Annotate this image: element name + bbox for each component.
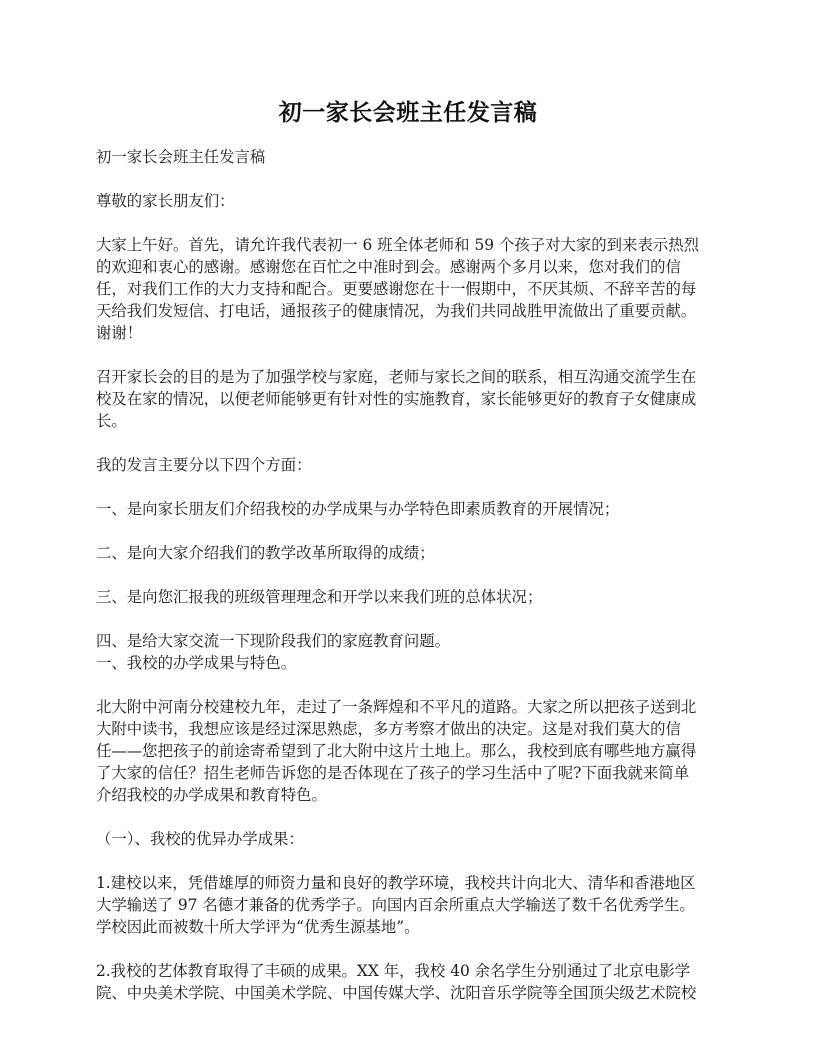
text-line: 了大家的信任？招生老师告诉您的是否体现在了孩子的学习生活中了呢?下面我就来简单 [96,762,736,784]
text-line: （一）、我校的优异办学成果： [96,828,736,850]
text-line: 1.建校以来，凭借雄厚的师资力量和良好的教学环境，我校共计向北大、清华和香港地区 [96,872,736,894]
text-line: 三、是向您汇报我的班级管理理念和开学以来我们班的总体状况； [96,586,736,608]
text-line: 我的发言主要分以下四个方面： [96,454,736,476]
document-title: 初一家长会班主任发言稿 [0,97,816,129]
paragraph-greeting: 大家上午好。首先，请允许我代表初一 6 班全体老师和 59 个孩子对大家的到来表… [96,234,736,344]
text-line: 大家上午好。首先，请允许我代表初一 6 班全体老师和 59 个孩子对大家的到来表… [96,234,736,256]
text-line: 北大附中河南分校建校九年，走过了一条辉煌和不平凡的道路。大家之所以把孩子送到北 [96,696,736,718]
text-line: 任——您把孩子的前途寄希望到了北大附中这片土地上。那么，我校到底有哪些地方赢得 [96,740,736,762]
text-line: 初一家长会班主任发言稿 [96,146,736,168]
text-line: 长。 [96,410,736,432]
paragraph-outline-4: 四、是给大家交流一下现阶段我们的家庭教育问题。 一、我校的办学成果与特色。 [96,630,736,674]
paragraph-salutation: 尊敬的家长朋友们： [96,190,736,212]
text-line: 大学输送了 97 名德才兼备的优秀学子。向国内百余所重点大学输送了数千名优秀学生… [96,894,736,916]
document-body: 初一家长会班主任发言稿 尊敬的家长朋友们： 大家上午好。首先，请允许我代表初一 … [96,146,736,1004]
text-line: 尊敬的家长朋友们： [96,190,736,212]
paragraph-achievement-1: 1.建校以来，凭借雄厚的师资力量和良好的教学环境，我校共计向北大、清华和香港地区… [96,872,736,938]
text-line: 大附中读书，我想应该是经过深思熟虑，多方考察才做出的决定。这是对我们莫大的信 [96,718,736,740]
text-line: 院、中央美术学院、中国美术学院、中国传媒大学、沈阳音乐学院等全国顶尖级艺术院校 [96,982,736,1004]
paragraph-achievement-2: 2.我校的艺体教育取得了丰硕的成果。XX 年，我校 40 余名学生分别通过了北京… [96,960,736,1004]
paragraph-subtitle: 初一家长会班主任发言稿 [96,146,736,168]
text-line: 召开家长会的目的是为了加强学校与家庭，老师与家长之间的联系，相互沟通交流学生在 [96,366,736,388]
paragraph-outline-1: 一、是向家长朋友们介绍我校的办学成果与办学特色即素质教育的开展情况； [96,498,736,520]
paragraph-outline-intro: 我的发言主要分以下四个方面： [96,454,736,476]
text-line: 的欢迎和衷心的感谢。感谢您在百忙之中准时到会。感谢两个多月以来，您对我们的信 [96,256,736,278]
text-line: 校及在家的情况，以便老师能够更有针对性的实施教育，家长能够更好的教育子女健康成 [96,388,736,410]
text-line: 二、是向大家介绍我们的教学改革所取得的成绩； [96,542,736,564]
section-heading: 一、我校的办学成果与特色。 [96,652,736,674]
text-line: 谢谢！ [96,322,736,344]
text-line: 一、是向家长朋友们介绍我校的办学成果与办学特色即素质教育的开展情况； [96,498,736,520]
paragraph-outline-2: 二、是向大家介绍我们的教学改革所取得的成绩； [96,542,736,564]
paragraph-purpose: 召开家长会的目的是为了加强学校与家庭，老师与家长之间的联系，相互沟通交流学生在 … [96,366,736,432]
paragraph-outline-3: 三、是向您汇报我的班级管理理念和开学以来我们班的总体状况； [96,586,736,608]
text-line: 2.我校的艺体教育取得了丰硕的成果。XX 年，我校 40 余名学生分别通过了北京… [96,960,736,982]
text-line: 任，对我们工作的大力支持和配合。更要感谢您在十一假期中，不厌其烦、不辞辛苦的每 [96,278,736,300]
text-line: 天给我们发短信、打电话，通报孩子的健康情况，为我们共同战胜甲流做出了重要贡献。 [96,300,736,322]
subsection-heading: （一）、我校的优异办学成果： [96,828,736,850]
text-line: 介绍我校的办学成果和教育特色。 [96,784,736,806]
text-line: 四、是给大家交流一下现阶段我们的家庭教育问题。 [96,630,736,652]
paragraph-school-history: 北大附中河南分校建校九年，走过了一条辉煌和不平凡的道路。大家之所以把孩子送到北 … [96,696,736,806]
document-page: 初一家长会班主任发言稿 初一家长会班主任发言稿 尊敬的家长朋友们： 大家上午好。… [0,0,816,1056]
text-line: 学校因此而被数十所大学评为“优秀生源基地”。 [96,916,736,938]
